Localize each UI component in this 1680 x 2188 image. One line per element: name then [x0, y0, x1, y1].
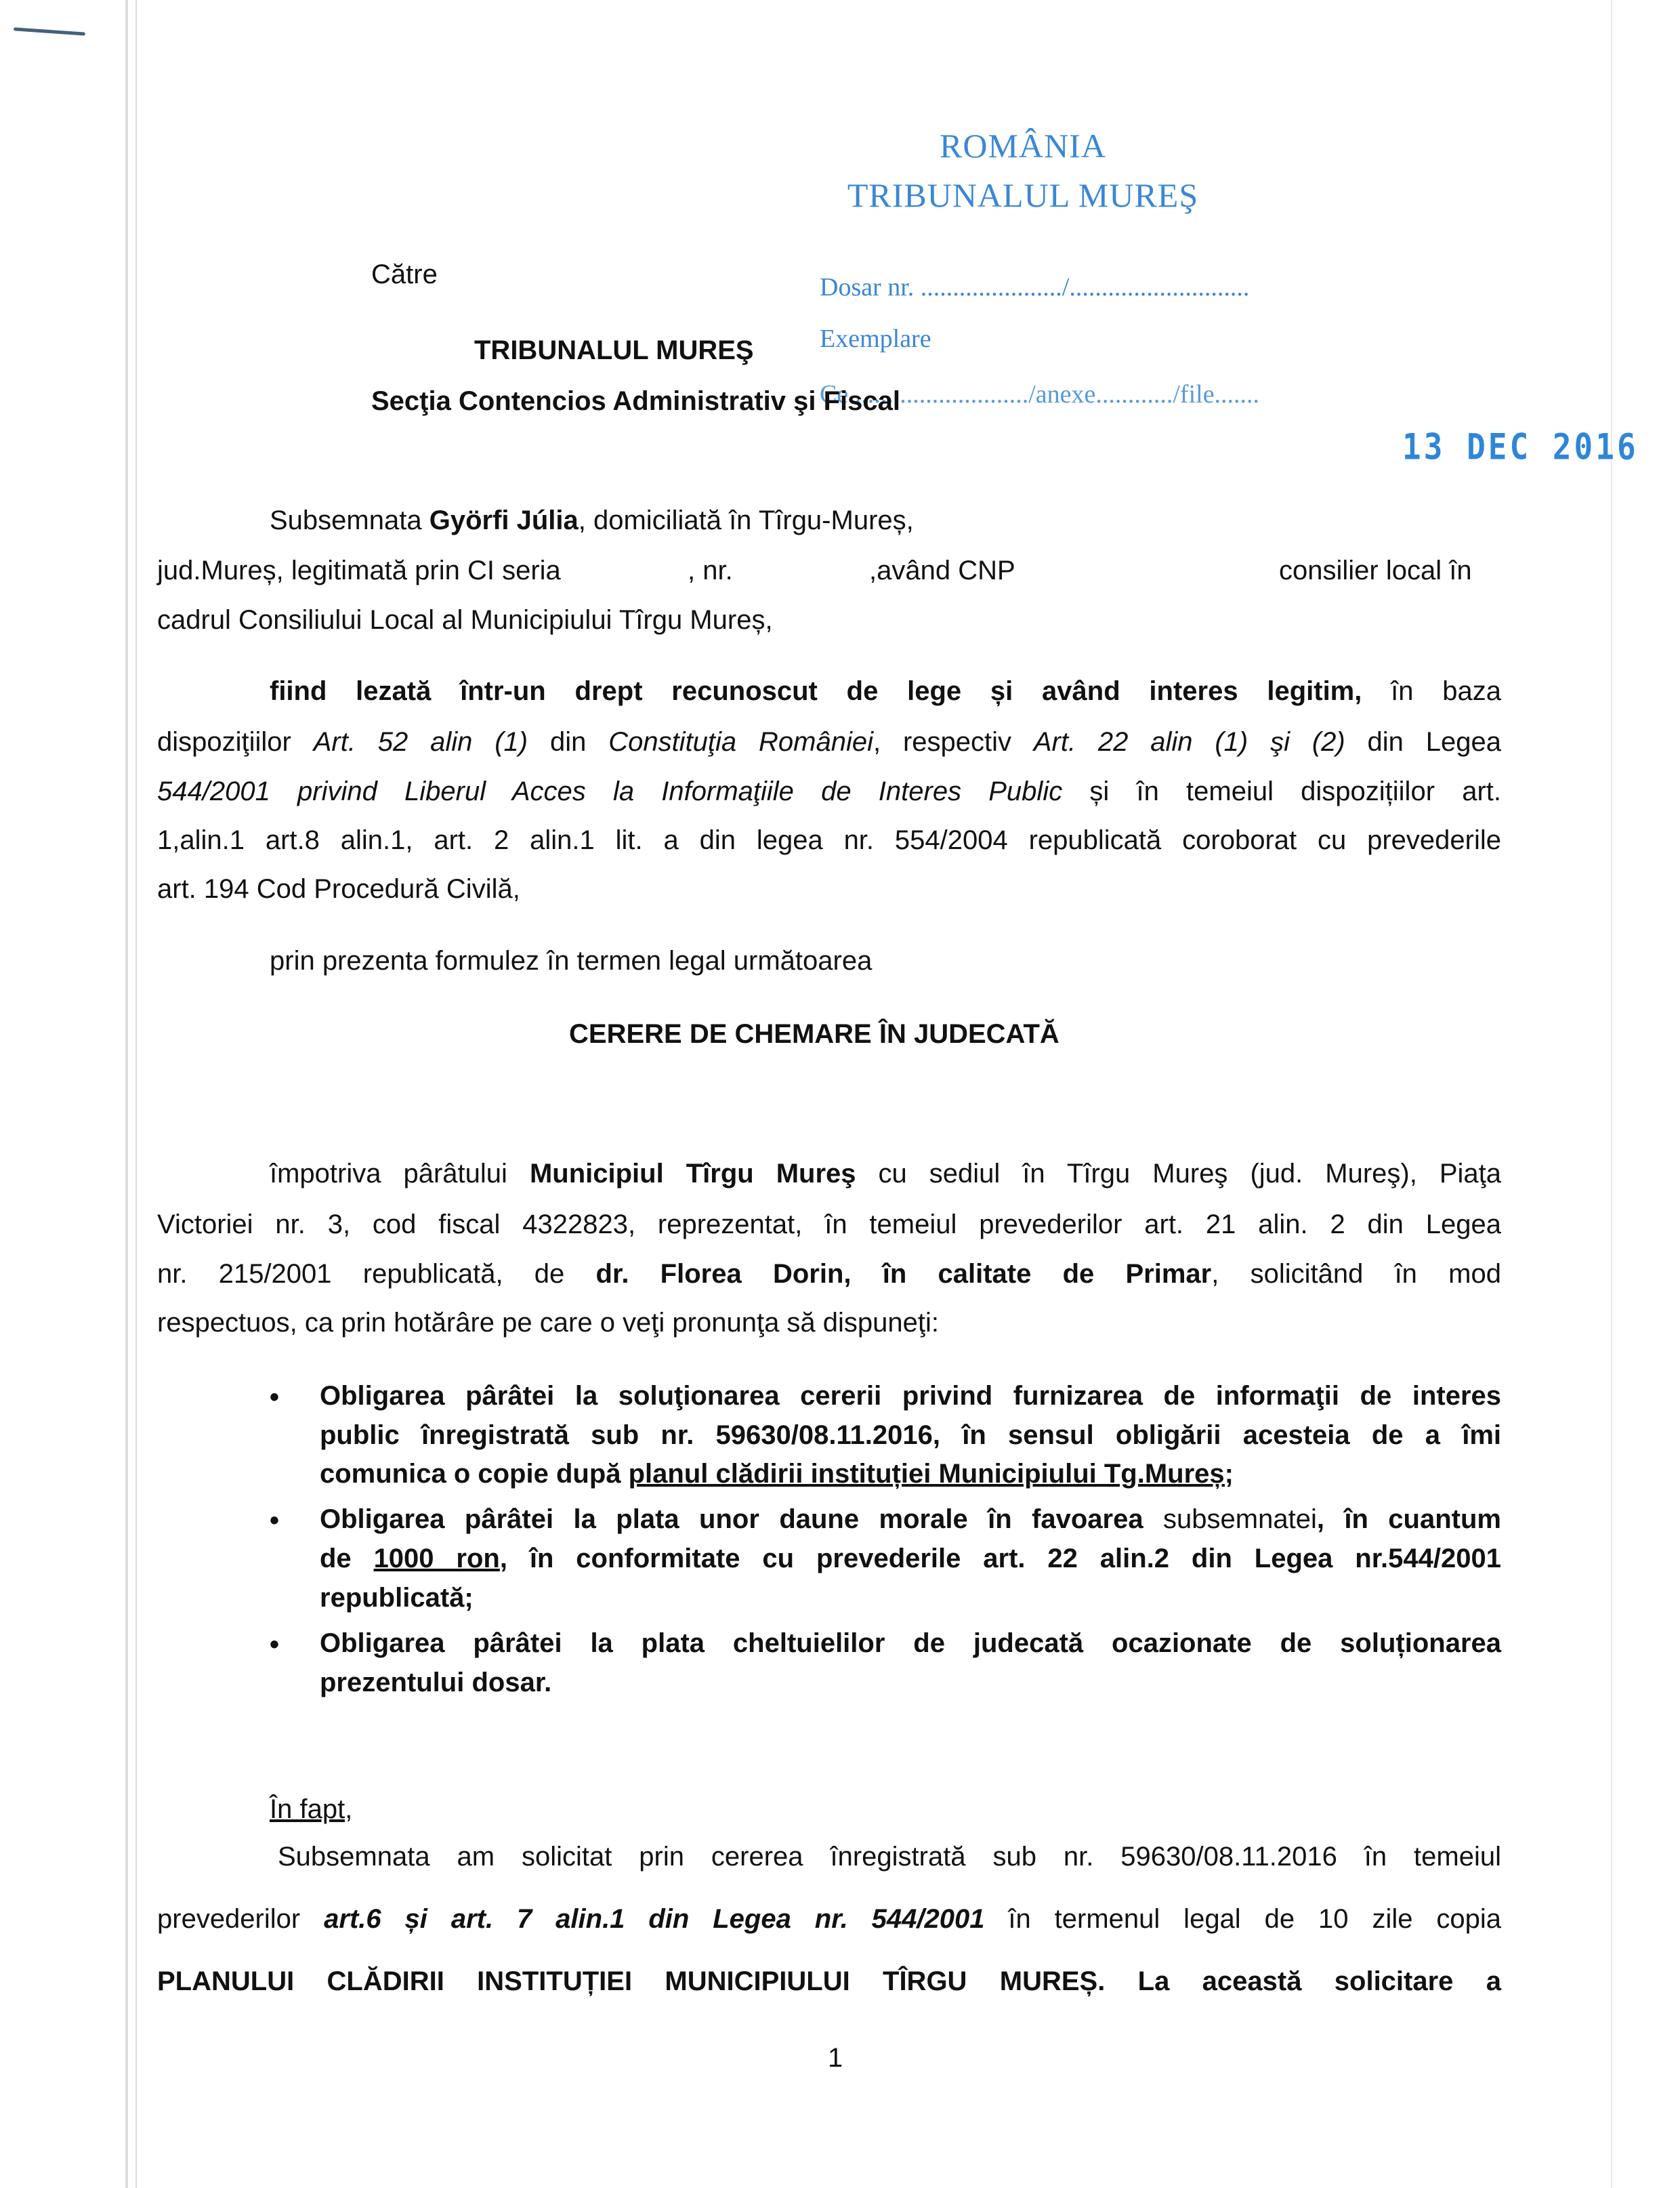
facts-line-3: PLANULUI CLĂDIRII INSTITUȚIEI MUNICIPIUL…	[157, 1968, 1501, 1995]
against-line-3: nr. 215/2001 republicată, de dr. Florea …	[157, 1260, 1501, 1287]
bullet-icon: •	[270, 1382, 279, 1413]
document-title: CERERE DE CHEMARE ÎN JUDECATĂ	[569, 1020, 1059, 1048]
addressee-section: Secţia Contencios Administrativ şi Fisca…	[371, 388, 900, 415]
request-text: , în conformitate cu prevederile art. 22…	[500, 1544, 1501, 1573]
basis-bold: fiind lezată într-un drept recunoscut de…	[270, 676, 1362, 706]
basis-line-2: dispoziţiilor Art. 52 alin (1) din Const…	[157, 728, 1501, 756]
scan-edge-right	[1611, 0, 1612, 2188]
request-1-line-2: public înregistrată sub nr. 59630/08.11.…	[320, 1422, 1501, 1449]
intro-line-2c: ,având CNP	[869, 557, 1015, 584]
intro-text: , domiciliată în Tîrgu-Mureș,	[579, 505, 914, 535]
request-text: , în cuantum	[1317, 1504, 1501, 1534]
basis-ref: Art. 52 alin (1)	[314, 727, 528, 757]
intro-line-3: cadrul Consiliului Local al Municipiului…	[157, 606, 773, 634]
stamp-dosar-field: Dosar nr. ....................../.......…	[820, 272, 1249, 302]
against-text: împotriva pârâtului	[270, 1159, 530, 1189]
facts-heading: În fapt,	[270, 1796, 352, 1823]
request-1-line-3: comunica o copie după planul clădirii in…	[320, 1460, 1234, 1487]
stamp-country: ROMÂNIA	[833, 125, 1213, 166]
basis-line-4: 1,alin.1 art.8 alin.1, art. 2 alin.1 lit…	[157, 827, 1501, 854]
request-underlined: planul clădirii instituției Municipiului…	[629, 1459, 1234, 1489]
stamp-exemplare-field: Exemplare	[820, 324, 931, 354]
against-text: cu sediul în Tîrgu Mureş (jud. Mureş), P…	[856, 1159, 1502, 1189]
against-text: nr. 215/2001 republicată, de	[157, 1259, 596, 1289]
request-text: comunica o copie după	[320, 1459, 629, 1489]
date-stamp: 13 DEC 2016	[1402, 426, 1639, 468]
scan-mark	[14, 27, 85, 35]
request-text: subsemnatei	[1163, 1504, 1317, 1534]
damages-amount: 1000 ron	[374, 1544, 500, 1573]
bullet-icon: •	[270, 1630, 279, 1660]
basis-ref: Constituţia României	[608, 727, 873, 757]
mayor-name: dr. Florea Dorin, în calitate de Primar	[596, 1259, 1212, 1289]
basis-line-5: art. 194 Cod Procedură Civilă,	[157, 875, 520, 903]
document-page: ROMÂNIA TRIBUNALUL MUREŞ Dosar nr. .....…	[0, 0, 1680, 2188]
plaintiff-name: Györfi Júlia	[429, 505, 579, 535]
against-line-4: respectuos, ca prin hotărâre pe care o v…	[157, 1309, 939, 1336]
request-2-line-3: republicată;	[320, 1584, 474, 1611]
facts-line-2: prevederilor art.6 și art. 7 alin.1 din …	[157, 1905, 1501, 1933]
intro-line-2b: , nr.	[688, 557, 733, 584]
bullet-icon: •	[270, 1506, 279, 1536]
intro-line-2a: jud.Mureș, legitimată prin CI seria	[157, 557, 561, 584]
page-number: 1	[828, 2043, 843, 2073]
basis-ref: Art. 22 alin (1) şi (2)	[1034, 727, 1345, 757]
request-3-line-2: prezentului dosar.	[320, 1669, 551, 1696]
basis-text: din Legea	[1345, 727, 1501, 757]
intro-text: Subsemnata	[270, 505, 429, 535]
scan-edge-left	[125, 0, 128, 2188]
intro-line-1: Subsemnata Györfi Júlia, domiciliată în …	[270, 507, 914, 534]
against-text: , solicitând în mod	[1211, 1259, 1501, 1289]
basis-line-3: 544/2001 privind Liberul Acces la Inform…	[157, 778, 1501, 805]
formulation-line: prin prezenta formulez în termen legal u…	[270, 947, 872, 974]
against-line-2: Victoriei nr. 3, cod fiscal 4322823, rep…	[157, 1211, 1501, 1238]
defendant-name: Municipiul Tîrgu Mureş	[530, 1159, 856, 1189]
basis-text: din	[528, 727, 608, 757]
facts-text: La această solicitare a	[1105, 1966, 1501, 1996]
addressee-court: TRIBUNALUL MUREŞ	[474, 337, 754, 364]
scan-edge-left-2	[135, 0, 137, 2188]
addressee-label: Către	[371, 261, 438, 288]
request-text: Obligarea pârâtei la plata unor daune mo…	[320, 1504, 1163, 1534]
basis-text: și în temeiul dispozițiilor art.	[1062, 777, 1501, 806]
facts-ref: art.6 și art. 7 alin.1 din Legea nr. 544…	[324, 1904, 984, 1934]
intro-line-2d: consilier local în	[1279, 557, 1472, 584]
facts-caps: PLANULUI CLĂDIRII INSTITUȚIEI MUNICIPIUL…	[157, 1966, 1105, 1996]
request-3-line-1: Obligarea pârâtei la plata cheltuielilor…	[320, 1630, 1501, 1657]
against-line-1: împotriva pârâtului Municipiul Tîrgu Mur…	[270, 1160, 1501, 1187]
stamp-court: TRIBUNALUL MUREŞ	[779, 175, 1267, 215]
facts-text: prevederilor	[157, 1904, 324, 1934]
request-1-line-1: Obligarea pârâtei la soluţionarea cereri…	[320, 1382, 1501, 1409]
request-text: de	[320, 1544, 374, 1573]
basis-text: în baza	[1362, 676, 1501, 706]
basis-ref: 544/2001 privind Liberul Acces la Inform…	[157, 777, 1062, 806]
basis-line-1: fiind lezată într-un drept recunoscut de…	[270, 678, 1501, 705]
facts-line-1: Subsemnata am solicitat prin cererea înr…	[278, 1843, 1501, 1870]
request-2-line-2: de 1000 ron, în conformitate cu preveder…	[320, 1545, 1501, 1572]
basis-text: dispoziţiilor	[157, 727, 314, 757]
facts-text: în termenul legal de 10 zile copia	[984, 1904, 1501, 1934]
request-2-line-1: Obligarea pârâtei la plata unor daune mo…	[320, 1506, 1501, 1533]
basis-text: , respectiv	[873, 727, 1034, 757]
